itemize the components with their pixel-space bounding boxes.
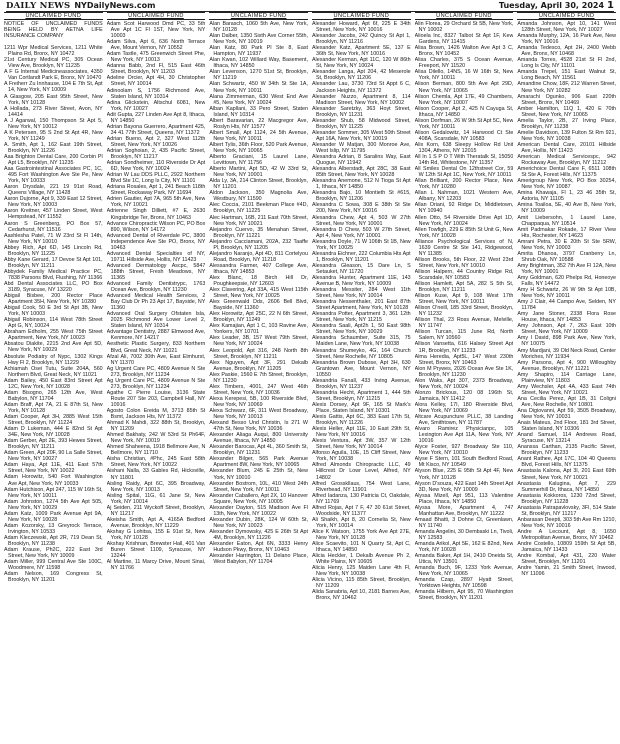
- claimant-entry: Amarachi Ogunko, 906 East 220th Street, …: [517, 94, 616, 106]
- claimant-entry: Adam Krause, Ph2C, 222 East 3rd Street, …: [4, 547, 103, 559]
- claimant-entry: Alan Levenson, 1270 51st St, Brooklyn, N…: [209, 69, 308, 81]
- claimant-entry: Anant Rathee, Apt 17C, 104 40 Queens Blv…: [517, 456, 616, 468]
- claimant-entry: Amanda Murphy, 12A, 16 Park Ave, New Yor…: [517, 33, 616, 45]
- claimant-entry: Alexandra Nessenthaler, 201 East 87th St…: [312, 299, 411, 311]
- claimant-entry: Alexandra Messiter, 284 West 11th Street…: [312, 287, 411, 299]
- masthead: DAILY NEWS NYDailyNews.com Tuesday, Apri…: [6, 0, 614, 11]
- claimant-entry: Aisha Christian, #Phc, 245 East 58th Str…: [107, 456, 206, 468]
- claimant-entry: Agathe C Pierre Louise, 3136 State Route…: [107, 390, 206, 408]
- claimant-entry: Amy Shapiro, 114 Carriage Lane, Plainvie…: [517, 372, 616, 384]
- claimant-entry: Amy Jane Stoner, 2338 Flora Rose House, …: [517, 311, 616, 323]
- claimant-entry: Alin Florea, 29 Orchard St 5B, New York,…: [415, 21, 514, 33]
- claimant-entry: Adam Scot Harwood Dmd PC, 33 5th Ave Apt…: [107, 21, 206, 39]
- claimant-entry: Alexandra Hunter, Apartment 11E, 143 Ave…: [312, 275, 411, 287]
- claimant-entry: Amanda Arikol, Apt 5E, 162 E 82nd, New Y…: [415, 541, 514, 553]
- claimant-entry: Alexand Besso Und Christin, Is 271 W 47t…: [209, 420, 308, 432]
- claimant-entry: Alfred Grosskllaus, 754 West Lane, River…: [312, 481, 411, 493]
- claimant-entry: Adam Bailey, 450 East 83rd Street Apt 12…: [4, 378, 103, 390]
- claimant-entry: Alexander Sommer, 305 West 50th Street A…: [312, 130, 411, 142]
- claimant-entry: Adam Braff, Apt 7A, 21 E 87th St, New Yo…: [4, 402, 103, 414]
- claimant-entry: Allan L Nahman, 1021 Western Ave, Albany…: [415, 190, 514, 202]
- claimant-entry: Alexander Dayton, 515 Madison Ave Fl 13t…: [209, 505, 308, 517]
- claimant-entry: Alexander Dubin, 28K, 124 W 60th St, New…: [209, 517, 308, 529]
- claimant-entry: Adam Tastle, 475 Greenwich Street Phe, N…: [107, 51, 206, 63]
- page-number: 1: [607, 0, 614, 11]
- claimant-entry: Ag Urgent Care PC, 4809 Avenue N Ste 273…: [107, 378, 206, 390]
- claimant-entry: Ana Digiovanni, Apt 59, 3505 Broadway, N…: [517, 408, 616, 420]
- claimant-entry: Ali Shaikh, Apt 8, 20 Cornelia St, New Y…: [312, 517, 411, 529]
- claimant-entry: Alexander Bostrom, 10L, 410 West 24th St…: [209, 481, 308, 493]
- claimant-entry: American Dental Care, 20101 Hillside Ave…: [517, 142, 616, 154]
- claimant-entry: Alex Greenwald Dds, 2606 Bell Blvd, Bays…: [209, 299, 308, 311]
- publication-date: Tuesday, April 30, 2024: [499, 1, 604, 10]
- column-header: UNCLAIMED FUND: [312, 12, 411, 20]
- claimant-entry: Americhoice Dental Care F, 6511 108th St…: [517, 166, 616, 178]
- claimant-entry: Amy Goldman, 620 Phelps Rd, Honeoye Fall…: [517, 275, 616, 287]
- claimant-entry: Amaad Bhatti, 3 Dohne Ct, Greenlawn, NY …: [415, 517, 514, 529]
- claimant-entry: Adam Nelson, 169 Congress St, Brooklyn, …: [4, 571, 103, 583]
- claimant-entry: Advance Chiropractic Wilson PC, PO Box 8…: [107, 221, 206, 233]
- claimant-entry: Alan Katz, 80 Park Pl Ste 8, East Hampto…: [209, 45, 308, 57]
- claimant-entry: Alana Zimmerman, 630 West End Ave #5, Ne…: [209, 94, 308, 106]
- claimant-entry: Alix Korn, 638 Sleepy Hollow Rd Unit 130…: [415, 142, 514, 154]
- claimant-entry: Aashlesha Patel, 71 W 23rd St Fl 14th, N…: [4, 233, 103, 245]
- claimant-entry: Alon M Prywes, 2026 Ocean Ave Ste 1K, Br…: [415, 366, 514, 378]
- claimant-entry: Alyce Foster, 927 Broadway Ste 110, New …: [415, 444, 514, 456]
- claimant-entry: Advantage Dentistry, 2887 Elmwood Ave, K…: [107, 329, 206, 341]
- claimant-entry: Amanda Buch, 9F, 1233 York Avenue, New Y…: [415, 565, 514, 577]
- claimant-entry: Alan Schwartz, 450 W 34th St Ste 1A, New…: [209, 81, 308, 93]
- claimant-entry: A Hollada, 273 River Street, Avon, NY 14…: [4, 106, 103, 118]
- claimant-entry: Advanced Family Dentistrypc, 1763 Ocean …: [107, 281, 206, 293]
- claimant-entry: Anastasia Patrapavlovsky, 3Fl, 514 State…: [517, 505, 616, 517]
- claimant-entry: All Smiles Dental On 12thstreet Cor, 59 …: [415, 166, 514, 178]
- claimant-entry: Alyse F Stern, 101 South Bedford Road, M…: [415, 456, 514, 468]
- notice-heading: NOTICE OF UNCLAIMED FUNDS BEING HELD BY …: [4, 21, 103, 39]
- claimant-entry: Alex Leader, 3B, 157 West 79th Street, N…: [209, 335, 308, 347]
- claimant-entry: Amerigroup New York, PO Box 30254, New Y…: [517, 178, 616, 190]
- claimant-entry: Amandine Chow, 18F, 212 Warren Street, N…: [517, 81, 616, 93]
- claimant-entry: Alexander Langa, Apt 204, 42 Meserole St…: [312, 69, 411, 81]
- claimant-entry: Adam Johnston, 1274 5th Ave Apt 505, New…: [4, 499, 103, 511]
- claimant-entry: Aishani Nalla, 33 Gables Rd, Hicksville,…: [107, 468, 206, 480]
- claimant-entry: Alfred Iadanza, 130 Patricia Ct, Oakdale…: [312, 493, 411, 505]
- claimant-entry: Andre Costello, 10809 159th St Apt 5B, J…: [517, 541, 616, 553]
- claimant-entry: Alexander Bilger, 565 Park Avenue Apartm…: [209, 456, 308, 468]
- claimant-entry: Alice Scaevito, 101 N Quarry St, Apt C, …: [312, 541, 411, 553]
- claimant-entry: Anastasia Kalona, Apt 3I, 201 East 69th …: [517, 468, 616, 480]
- claimant-entry: Andre Yamin, 21 Smith Street, Inwood, NY…: [517, 565, 616, 577]
- claimant-entry: Alexandra Potter, Apartment 3, 361 12th …: [312, 311, 411, 323]
- claimant-entry: Alexander Jacobs, 242 Quincy St Apt 1, B…: [312, 33, 411, 45]
- unclaimed-funds-columns: UNCLAIMED FUNDNOTICE OF UNCLAIMED FUNDS …: [4, 12, 616, 744]
- claimant-entry: 21st Century Medical PC, 305 Ocean View …: [4, 57, 103, 69]
- claimant-entry: Allen Towfigh, 229 E 85th St Unit G, New…: [415, 227, 514, 239]
- claimant-entry: Alexis Heller, Apt 11E, 10 East 29th St,…: [312, 426, 411, 438]
- claimant-entry: Alison Gedalowitz, 14 Harwood Ct Ste 408…: [415, 130, 514, 142]
- claimant-entry: Adina Glickstein, Altschul 6081, New Yor…: [107, 100, 206, 112]
- claimant-entry: Alex Kamajian, Apt 1 C, 103 Ravine Ave, …: [209, 323, 308, 335]
- claimant-entry: Allison Halpern, 44 Country Ridge Rd, Sc…: [415, 269, 514, 281]
- claimant-entry: Alfonso Aguila, 10E, 15 Cliff Street, Ne…: [312, 450, 411, 462]
- claimant-entry: Adam Hutchison, Apt 247, 115 W 16th St, …: [4, 487, 103, 499]
- claimant-entry: Alexander Howard, Apt 6f, 225 E 34th Str…: [312, 21, 411, 33]
- claimant-entry: Alison Dorfman, 26 W 9th St Apt 5C, New …: [415, 118, 514, 130]
- claimant-entry: Allison Brooks, 5th Floor, 22 West 23rd …: [415, 257, 514, 269]
- claimant-entry: Ahmad K Mahdi, 322 88th St, Brooklyn, NY…: [107, 420, 206, 432]
- claimant-entry: Adam Cooper, Apt 3H, 2885 West 15th Stre…: [4, 414, 103, 426]
- claimant-entry: Al Martine, 11 Marcy Drive, Mount Sinai,…: [107, 559, 206, 571]
- claimant-entry: Adrian Bayona Guerrero, Apartment 425, 3…: [107, 124, 206, 136]
- claimant-entry: Alejandro Cuervo, 35 Menahan Street, Bro…: [209, 227, 308, 239]
- claimant-entry: Alexandra Gleason, 15 Dare Ln, S Setauke…: [312, 263, 411, 275]
- claimant-entry: Alisa Dilello, 14NS, 16 W 16th St, New Y…: [415, 69, 514, 81]
- claimant-entry: Amy I David, 898 Park Ave, New York, NY …: [517, 335, 616, 347]
- claimant-entry: Alan Dalber, 1350 Sixth Ave Corner 55th,…: [209, 33, 308, 45]
- claimant-entry: Alexis Dorsey, Apt 9F, 165 St Mark's Pla…: [312, 402, 411, 414]
- claimant-entry: Amanda Torres, 4528 21st St Fl 2nd, Long…: [517, 57, 616, 69]
- claimant-entry: American Medical Servicespc, 942 Rockawa…: [517, 154, 616, 166]
- claimant-entry: Ana Cecilia Perez, Apt 1B, 31 Coligni Av…: [517, 396, 616, 408]
- claimant-entry: Aj Seiden, 211 Wyckoff Street, Brooklyn,…: [107, 505, 206, 517]
- claimant-entry: Advanced Dermatology Ascpc, 5847 188th S…: [107, 263, 206, 281]
- claimant-entry: Aaron Kreitner, 457 Linden Street, West …: [4, 208, 103, 220]
- claimant-entry: Alexander Harrington, 11 Delano Place, W…: [209, 553, 308, 565]
- claimant-entry: Allison Thal, 23 Ross Avenue, Melville, …: [415, 317, 514, 329]
- claimant-entry: Alex Clavering, Apt 33A, 415 West 115th …: [209, 287, 308, 299]
- claimant-entry: Alexander Shub, 58 Midwood Street, Brook…: [312, 118, 411, 130]
- claimant-entry: Abigail Robinson, 114 West 78th Street A…: [4, 317, 103, 329]
- claimant-entry: Adrian W Lau DDS PLLC, 2922 Northern Blv…: [107, 172, 206, 184]
- claimant-entry: Alexandra C Sowa, 308 E 38th St Ste 200,…: [312, 202, 411, 214]
- claimant-entry: Amina Toailoa, 5E, 40 Ave B, New York, N…: [517, 202, 616, 214]
- claimant-entry: Alexis Ventura, Apt 3W, 357 W 12th Stree…: [312, 438, 411, 450]
- claimant-entry: Alexa Schwarz, 6F, 311 West Broadway, Ne…: [209, 408, 308, 420]
- claimant-entry: Alexa Kerepesi, 5B, 100 Riverside Blvd, …: [209, 396, 308, 408]
- claimant-entry: Alexis Gattis, Apt 6C, 383 East 17th St,…: [312, 414, 411, 426]
- claimant-entry: A Freiherr Zu Innhause, 104 E 7th St, Ap…: [4, 81, 103, 93]
- claimant-entry: Adinoolam S, 1756 Richmond Ave, Staten I…: [107, 88, 206, 100]
- claimant-entry: All In 1 S P O T With Theratalk Sl, 1505…: [415, 154, 514, 166]
- claimant-entry: Alexander Lau, 3730 73rd St Appt 6 C, Ja…: [312, 81, 411, 93]
- claimant-entry: Amy H Schwartz, 26 W 9th St Apt 10B, New…: [517, 287, 616, 299]
- claimant-entry: Alda Ly, 3A, 214 Clinton Street, Brookly…: [209, 178, 308, 190]
- claimant-entry: A K Petersen, 95 S 2nd St Apt 4R, New Yo…: [4, 130, 103, 142]
- listing-column-6: UNCLAIMED FUNDAmanda Johnson, Apt 10, 14…: [517, 12, 616, 744]
- claimant-entry: Amanda Baker, Apt 1H, 2410 Oneida St, Ut…: [415, 553, 514, 565]
- claimant-entry: Alexander Katz, Apartment 5E, 137 E 36th…: [312, 45, 411, 57]
- claimant-entry: Alfred Almonds Chiropractic LLC, 49 Hill…: [312, 462, 411, 480]
- claimant-entry: Alexandra D Chew, 503 W 27th Street, Apt…: [312, 227, 411, 239]
- claimant-entry: Akshay G Lohitsa, 155 E 91st St, New Yor…: [107, 529, 206, 541]
- column-header: UNCLAIMED FUND: [517, 12, 616, 20]
- claimant-entry: Abraham Edholm, 255 West 75th Street Apa…: [4, 329, 103, 341]
- claimant-entry: Amy Parsons, Apt 4, 900 Willoughby Avenu…: [517, 360, 616, 372]
- claimant-entry: Adam Katz, 1009 Park Avenue Apt 9A, New …: [4, 511, 103, 523]
- claimant-entry: Akshay Krishnan, Brewster Hall, 401 Van …: [107, 541, 206, 559]
- claimant-entry: Alison Cooper, Apt 2, 425 N Cayuga St, I…: [415, 106, 514, 118]
- claimant-entry: Absatou Diakite, 2215 2nd Ave Apt 5D, Ne…: [4, 341, 103, 353]
- claimant-entry: Albert Baravarian, 22 Macgregor Ave, Ros…: [209, 118, 308, 130]
- claimant-entry: Adam Kozorsky, 13 Greyrock Terrace, Irvi…: [4, 523, 103, 535]
- claimant-entry: Alex Leopold, Apt 316, 248 North 8th Str…: [209, 348, 308, 360]
- claimant-entry: Amy Wechsler, Apt 4A, 433 East 74th Stre…: [517, 384, 616, 396]
- claimant-entry: Alex Blanc, 18 Birch Hill Dr, Poughkeeps…: [209, 275, 308, 287]
- claimant-entry: Alexander Caballero, Apt 2X, 10 Hanover …: [209, 493, 308, 505]
- claimant-entry: Aldon Jackson, 350 Magnolia Ave, Westbur…: [209, 190, 308, 202]
- claimant-entry: Alicia Heckler, 1 Dekalb Avenue Ph 2, Wh…: [312, 553, 411, 565]
- claimant-entry: Amanda Hilbern, Apt 95, 70 Washington St…: [415, 589, 514, 601]
- claimant-entry: Adrienne Singh Dilliett, #7 E, 2630 King…: [107, 208, 206, 220]
- claimant-entry: Alexandra Alberstadt, Apt 28C, 38 East 8…: [312, 166, 411, 178]
- claimant-entry: Alexander W Matjan, 300 Monroe Ave, West…: [312, 142, 411, 154]
- claimant-entry: Alban Kapllani, 33 Pero Street, Staten I…: [209, 106, 308, 118]
- listing-column-4: UNCLAIMED FUNDAlexander Howard, Apt 6f, …: [312, 12, 411, 744]
- claimant-entry: Adrien Gautier, Apt 7A, 965 5th Ave, New…: [107, 196, 206, 208]
- claimant-entry: Alexander Saretzky, 363 Hoyt Street, Bro…: [312, 106, 411, 118]
- claimant-entry: Aaron Dujorne, Apt 9, 339 East 12 Street…: [4, 196, 103, 208]
- claimant-entry: Amy Johnson, Apt 7, 263 East 10th Street…: [517, 323, 616, 335]
- claimant-entry: Amanda Tedesco, Apt 2H, 2400 Webb Ave, B…: [517, 45, 616, 57]
- claimant-entry: A F G Internal Medicineassociates, 4350 …: [4, 69, 103, 81]
- claimant-entry: Alberto Martini, Apt 5D, 42 W 33rd St, N…: [209, 166, 308, 178]
- claimant-entry: Aaa Gastrointestinal Associates PC, 1C, …: [4, 166, 103, 184]
- claimant-entry: Amanda Angelini, 30 Dembaski Ln, Tivoli,…: [415, 529, 514, 541]
- claimant-entry: Andre A Lecount, Apt 8, 1650 Metropolita…: [517, 529, 616, 541]
- claimant-entry: Allison Turcan, 115 June Rd, North Salem…: [415, 329, 514, 341]
- claimant-entry: Alejandro Naranjo, Apt 4D, 811 Cortelyou…: [209, 251, 308, 263]
- claimant-entry: Alexander Aliaga Auqui, 800 University A…: [209, 432, 308, 444]
- claimant-entry: Adam Horowitz, 540 Fort Washington Ave A…: [4, 474, 103, 486]
- claimant-entry: Alyssa More, Apartment 4, 747 Manhattan …: [415, 505, 514, 517]
- paper-url: NYDailyNews.com: [74, 1, 155, 10]
- masthead-left: DAILY NEWS NYDailyNews.com: [6, 1, 155, 11]
- claimant-entry: Allan Brilliant, 200 Rector Place, New Y…: [415, 178, 514, 190]
- claimant-entry: Afzal Ali, 7002 30th Ave, East Elmhurst,…: [107, 354, 206, 366]
- claimant-entry: Alberto Graciani, 15 Laurel Lane, Levitt…: [209, 154, 308, 166]
- claimant-entry: Alex Timbers, 4001, 247 West 46th Street…: [209, 384, 308, 396]
- claimant-entry: Akeisha Smith, Apt A, 4165A Bedford Aven…: [107, 517, 206, 529]
- claimant-entry: Abigail Cook, 50 E 3rd St Apt 3B, New Yo…: [4, 305, 103, 317]
- claimant-entry: Adriana Rosales, Apt 1, 241 Beach 118th …: [107, 184, 206, 196]
- claimant-entry: Alfred Rojas, Apt 7 F, 47 30 61st Street…: [312, 505, 411, 517]
- claimant-entry: Alexander Eaton, Apt 6N, 3333 Henry Huds…: [209, 541, 308, 553]
- claimant-entry: Adam Miller, 999 Central Ave Ste 100C, W…: [4, 559, 103, 571]
- claimant-entry: Aaa Brighton Dental Care, 200 Corbin Pl …: [4, 154, 103, 166]
- claimant-entry: Achiamah Osei Tutu, Suite 204A, 560 Nort…: [4, 366, 103, 378]
- claimant-entry: Adrian Bueno, Apt 2, 327 West 112th Stre…: [107, 136, 206, 148]
- claimant-entry: Alexandra Eichner, 222 Columbia Hts Apt …: [312, 251, 411, 263]
- claimant-entry: Amanda Trepel, 151 East Walnut St, Long …: [517, 69, 616, 81]
- claimant-entry: Alexander Blum, 245 E 25th St, New York,…: [209, 468, 308, 480]
- claimant-entry: Alexandra Adrian, 8 Saralins Way, East Q…: [312, 154, 411, 166]
- claimant-entry: Amelia Taylor, 2B, 27 Irving Place, Broo…: [517, 118, 616, 130]
- claimant-entry: Adam Bisogno, 265 12th Ave, West Babylon…: [4, 390, 103, 402]
- paper-name: DAILY NEWS: [6, 1, 70, 11]
- claimant-entry: Alon Waks, Apt 307, 2373 Broadway, New Y…: [415, 378, 514, 390]
- column-header: UNCLAIMED FUND: [209, 12, 308, 20]
- masthead-right: Tuesday, April 30, 2024 1: [499, 0, 614, 11]
- claimant-entry: Alliance Psychological Services of N, 16…: [415, 239, 514, 257]
- claimant-entry: Alisa Charles, 375 S Ocean Avenue, Freep…: [415, 57, 514, 69]
- claimant-entry: Alexandra Saali, Apt2h 1, 50 East 98th S…: [312, 323, 411, 335]
- claimant-entry: Amit Padmakar Rokade, 17 River View Hts,…: [517, 227, 616, 239]
- claimant-entry: Aisling Raidy, Apt 6C, 395 Broadway, New…: [107, 481, 206, 493]
- claimant-entry: Advanced Dental Specialties of NY, 19711…: [107, 251, 206, 263]
- claimant-entry: Aesthetic Plastic Surgery, 833 Northern …: [107, 341, 206, 353]
- claimant-entry: Advanced Oral Surgery Ofstaten Isla, 202…: [107, 311, 206, 329]
- claimant-entry: Abd Dental Associates LLC, PO Box 3189, …: [4, 281, 103, 293]
- listing-column-1: UNCLAIMED FUNDNOTICE OF UNCLAIMED FUNDS …: [4, 12, 103, 744]
- claimant-entry: Anais Mateus, 2nd Floor, 181 3rd Street,…: [517, 420, 616, 432]
- claimant-entry: Ahmed Bakhaty, 242 W 53rd St Ph64F, New …: [107, 432, 206, 444]
- claimant-entry: Abbydek Family Medical Practice PC, 7838…: [4, 269, 103, 281]
- claimant-entry: Agosto Colon Ereida M, 3713 85th St Bsmt…: [107, 408, 206, 420]
- claimant-entry: Alyson D'souza, 422 East 14th Street Apt…: [415, 481, 514, 493]
- claimant-entry: Allison O'neill, 185 33rd Street, Brookl…: [415, 305, 514, 317]
- claimant-entry: Alioela Inc, 8327 Talbot St Apt 1F, Kew …: [415, 33, 514, 45]
- claimant-entry: Amy J Clair, 44 Campo Ave, Selden, NY 11…: [517, 299, 616, 311]
- claimant-entry: Alec Coccia, 2101 Beekman Place #4D, Bro…: [209, 202, 308, 214]
- claimant-entry: Alex Horowitz, Apt 25C, 22 N 6th Street,…: [209, 311, 308, 323]
- claimant-entry: Alexandria Fanall, 433 Irving Avenue, Br…: [312, 378, 411, 390]
- claimant-entry: Adanna Babb, 2nd Fl, 515 East 46th Stree…: [107, 63, 206, 75]
- claimant-entry: Adam Gerber, Apt 2E, 393 Hewes Street, B…: [4, 438, 103, 450]
- claimant-entry: Alexandra Doyle, 71 W 106th St 1B, New Y…: [312, 239, 411, 251]
- claimant-entry: Alan Kwan, 102 Willard Way, Basement, It…: [209, 57, 308, 69]
- claimant-entry: Alisa Brown, 1426 Walton Ave Apt 3 C, Br…: [415, 45, 514, 57]
- column-header: UNCLAIMED FUND: [4, 12, 103, 20]
- claimant-entry: Abby Kane Gerard, 17 Devoe St Apt 101, B…: [4, 257, 103, 269]
- claimant-entry: Anastasia Kalugina, Apt 7, 229 Summerhil…: [517, 481, 616, 493]
- claimant-entry: Alma Heredia, Apt5L, 147 West 230th Stre…: [415, 354, 514, 366]
- claimant-entry: Alexander Barocas, Apt 4L, 360 Smith St,…: [209, 444, 308, 456]
- claimant-entry: Allison Vansetta, 616 Halsey Street Apt …: [415, 341, 514, 353]
- claimant-entry: Adam Silva, Apt 6, 636 North Terrace Ave…: [107, 39, 206, 51]
- claimant-entry: Aaron Drysdale, 221 19 91st Road, Queens…: [4, 184, 103, 196]
- claimant-entry: Amy Brightman, 352 7th Ave Fl 12A, New Y…: [517, 263, 616, 275]
- claimant-entry: Allan Oriani, 92 Ridge Dr, Middletown, N…: [415, 202, 514, 214]
- claimant-entry: Adam Green, Apt 20F, 90 La Salle Street,…: [4, 450, 103, 462]
- claimant-entry: Amanda Johnson, Apt 10, 141 West 128th S…: [517, 21, 616, 33]
- claimant-entry: Amrani Petra, 30 E 20th St Ste 5RW, New …: [517, 239, 616, 251]
- claimant-entry: Alex Nguyen, Apt 3F, 291 Dekalb Avenue, …: [209, 360, 308, 372]
- claimant-entry: Alexandria Hecht, Apartment 1, 444 5th S…: [312, 390, 411, 402]
- claimant-entry: Alexandra Shumeyko, 4G, 164 Church Stree…: [312, 348, 411, 360]
- claimant-entry: Alexander Kerman, Apt 11C, 120 W 86th St…: [312, 57, 411, 69]
- claimant-entry: Alexander Dymowsky, 425 E 26th St Apt 4M…: [209, 529, 308, 541]
- claimant-entry: Alicia Henry, 125 Maiden Lane 4th Fl, Ne…: [312, 565, 411, 577]
- claimant-entry: A J Agarwal, 150 Thompson St Apt 5, New …: [4, 118, 103, 130]
- claimant-entry: Alessandra Farmer, 407 College Ave, Itha…: [209, 263, 308, 275]
- claimant-entry: Adrian Sondheimer, 110 Riverside Dr Apt …: [107, 160, 206, 172]
- claimant-entry: Amanda Czap, 2897 Hyatt Street, Yorktown…: [415, 577, 514, 589]
- claimant-entry: Alexandra Bajo, 10 Montieth St #615, Bro…: [312, 190, 411, 202]
- claimant-entry: Adrian Soghoian, 2, 435 Pacific Street, …: [107, 148, 206, 160]
- claimant-entry: Andre Kombal, Apt 431, 220 Water Street,…: [517, 553, 616, 565]
- claimant-entry: Alan Barasch, 1060 5th Ave, New York, NY…: [209, 21, 308, 33]
- claimant-entry: Alexandria Brown Dubose, Apt 3H, 630 Gra…: [312, 360, 411, 378]
- claimant-entry: Alice K Watson, 1755 York Ave Apt 27E, N…: [312, 529, 411, 541]
- claimant-entry: Altcare Acupuncture PLLC, 38 Landing Ave…: [415, 414, 514, 426]
- claimant-entry: Allison Hamlett, Apt 5A, 282 S 5th St, B…: [415, 281, 514, 293]
- claimant-entry: Alexander Nuzzo, Apartment 8, 114 Madiso…: [312, 94, 411, 106]
- claimant-entry: Ananssa Carthan, 2135 Pacific Street, Br…: [517, 444, 616, 456]
- claimant-entry: Adam Haya, Apt 11E, 411 East 57th Street…: [4, 462, 103, 474]
- claimant-entry: Alicia Vicino, 115 85th Street, Brooklyn…: [312, 577, 411, 589]
- claimant-entry: Abbey Rich, Apt 6D, 145 Lincoln Rd, Broo…: [4, 245, 103, 257]
- listing-column-2: UNCLAIMED FUNDAdam Scot Harwood Dmd PC, …: [107, 12, 206, 744]
- claimant-entry: Aaron S Greenberg, PO Box 57, Cedarhurst…: [4, 221, 103, 233]
- claimant-entry: Adam D Lukeman, 444 E 82nd St Apt 34E, N…: [4, 426, 103, 438]
- claimant-entry: Alec Hartman, 16B, 211 East 70th Street,…: [209, 215, 308, 227]
- column-header: UNCLAIMED FUND: [107, 12, 206, 20]
- claimant-entry: Alexandra Chew, Apt 4, 503 W 27th Street…: [312, 215, 411, 227]
- claimant-entry: Alejandro Cacciamani, 202A, 232 Taaffe P…: [209, 239, 308, 251]
- claimant-entry: Advanced Medical Health Services, 2 Bay …: [107, 293, 206, 311]
- claimant-entry: Amrita Dhanoa, 3797 Cranberry Ln, Shrub …: [517, 251, 616, 263]
- listing-column-3: UNCLAIMED FUNDAlan Barasch, 1060 5th Ave…: [209, 12, 308, 744]
- claimant-entry: Alex Paskie, 1560 E 7th Street, Brooklyn…: [209, 372, 308, 384]
- claimant-entry: A. Smith, Apt 1, 162 East 19th Street, B…: [4, 142, 103, 154]
- claimant-entry: Alison Berman, 800 5th Ave Apt 29D, New …: [415, 81, 514, 93]
- claimant-entry: Absolute Podiatry of Nypc, 1302 Kings Hw…: [4, 354, 103, 366]
- claimant-entry: Alonzo Brickous, 120 08 196th St, Jamaic…: [415, 390, 514, 402]
- claimant-entry: Allen Otto, 54 Riverside Drive Apt 1D, N…: [415, 215, 514, 227]
- claimant-entry: Amelie Davidson, 139 Fulton St Rm 921, N…: [517, 130, 616, 142]
- claimant-entry: Allison Kuse, Apt 9, 108 West 17th Stree…: [415, 293, 514, 305]
- claimant-entry: Amit Liebersohn, 1 Laurel Lane, Chappaqu…: [517, 215, 616, 227]
- claimant-entry: Amy Mardjani, 39 Old Neck Road, Center M…: [517, 348, 616, 360]
- claimant-entry: Advanced Dental of Riverdale PC, 3800 In…: [107, 233, 206, 251]
- claimant-entry: Amina Khawaja, Fl 1, 23 46 35th St, Asto…: [517, 190, 616, 202]
- claimant-entry: Alyson Blue, 225 E 95th St Apt 4F, New Y…: [415, 468, 514, 480]
- claimant-entry: Adam Kleczewski, Apt 2R, 719 Dean St, Br…: [4, 535, 103, 547]
- claimant-entry: Alison Chemla, Apt 17E, 49 Chambers, New…: [415, 94, 514, 106]
- claimant-entry: Alyssa Mizell, Apt 951, 113 Valentine Pl…: [415, 493, 514, 505]
- claimant-entry: Albert Tylis, 36th Floor, 520 Park Avenu…: [209, 142, 308, 154]
- claimant-entry: Alora Kelley, 17I, 180 Riverside Blvd, N…: [415, 402, 514, 414]
- claimant-entry: Aisling Spital, 11G, 61 Jane St, New Yor…: [107, 493, 206, 505]
- claimant-entry: Alvaro Ramirez Physicianpc, 105 Lexingto…: [415, 426, 514, 444]
- claimant-entry: Albert Small, Apt 1124, 24 5th Avenue, N…: [209, 130, 308, 142]
- claimant-entry: Anbarasan Deepti, 303 5th Ave Rm 1210, N…: [517, 517, 616, 529]
- claimant-entry: Alexandra Schaumber, Suite 315, 75 Maide…: [312, 335, 411, 347]
- claimant-entry: Adeline Orcier, Apt 4H, 30 Christopher S…: [107, 75, 206, 87]
- claimant-entry: Alida Sanabria, Apt 10, 2181 Barnes Ave,…: [312, 589, 411, 601]
- claimant-entry: Anand Samuel, 114 Andrews Road, Syracuse…: [517, 432, 616, 444]
- claimant-entry: 1211 Wpr Medical Services, 1211 White Pl…: [4, 45, 103, 57]
- claimant-entry: Abigail Bisbee, 200 Rector Place Apartme…: [4, 293, 103, 305]
- claimant-entry: Anastasia Kokkoros, 1230 72nd Street, Br…: [517, 493, 616, 505]
- claimant-entry: Amber Hamilton, 11Q 1, 420 E 70th Street…: [517, 106, 616, 118]
- claimant-entry: A Glasgow, 205 East 95th Street, New Yor…: [4, 94, 103, 106]
- claimant-entry: Adit Gupta, 227 Linden Ave Apt 8, Ithaca…: [107, 112, 206, 124]
- listing-column-5: UNCLAIMED FUNDAlin Florea, 29 Orchard St…: [415, 12, 514, 744]
- claimant-entry: Ahmed Shaheena, 1918 Bellmore Ave, N Bel…: [107, 444, 206, 456]
- column-header: UNCLAIMED FUND: [415, 12, 514, 20]
- claimant-entry: Ag Urgent Care PC, 4809 Avenue N Ste 273…: [107, 366, 206, 378]
- claimant-entry: Alexandra Anemone, 512 N Tioga St Apt 1,…: [312, 178, 411, 190]
